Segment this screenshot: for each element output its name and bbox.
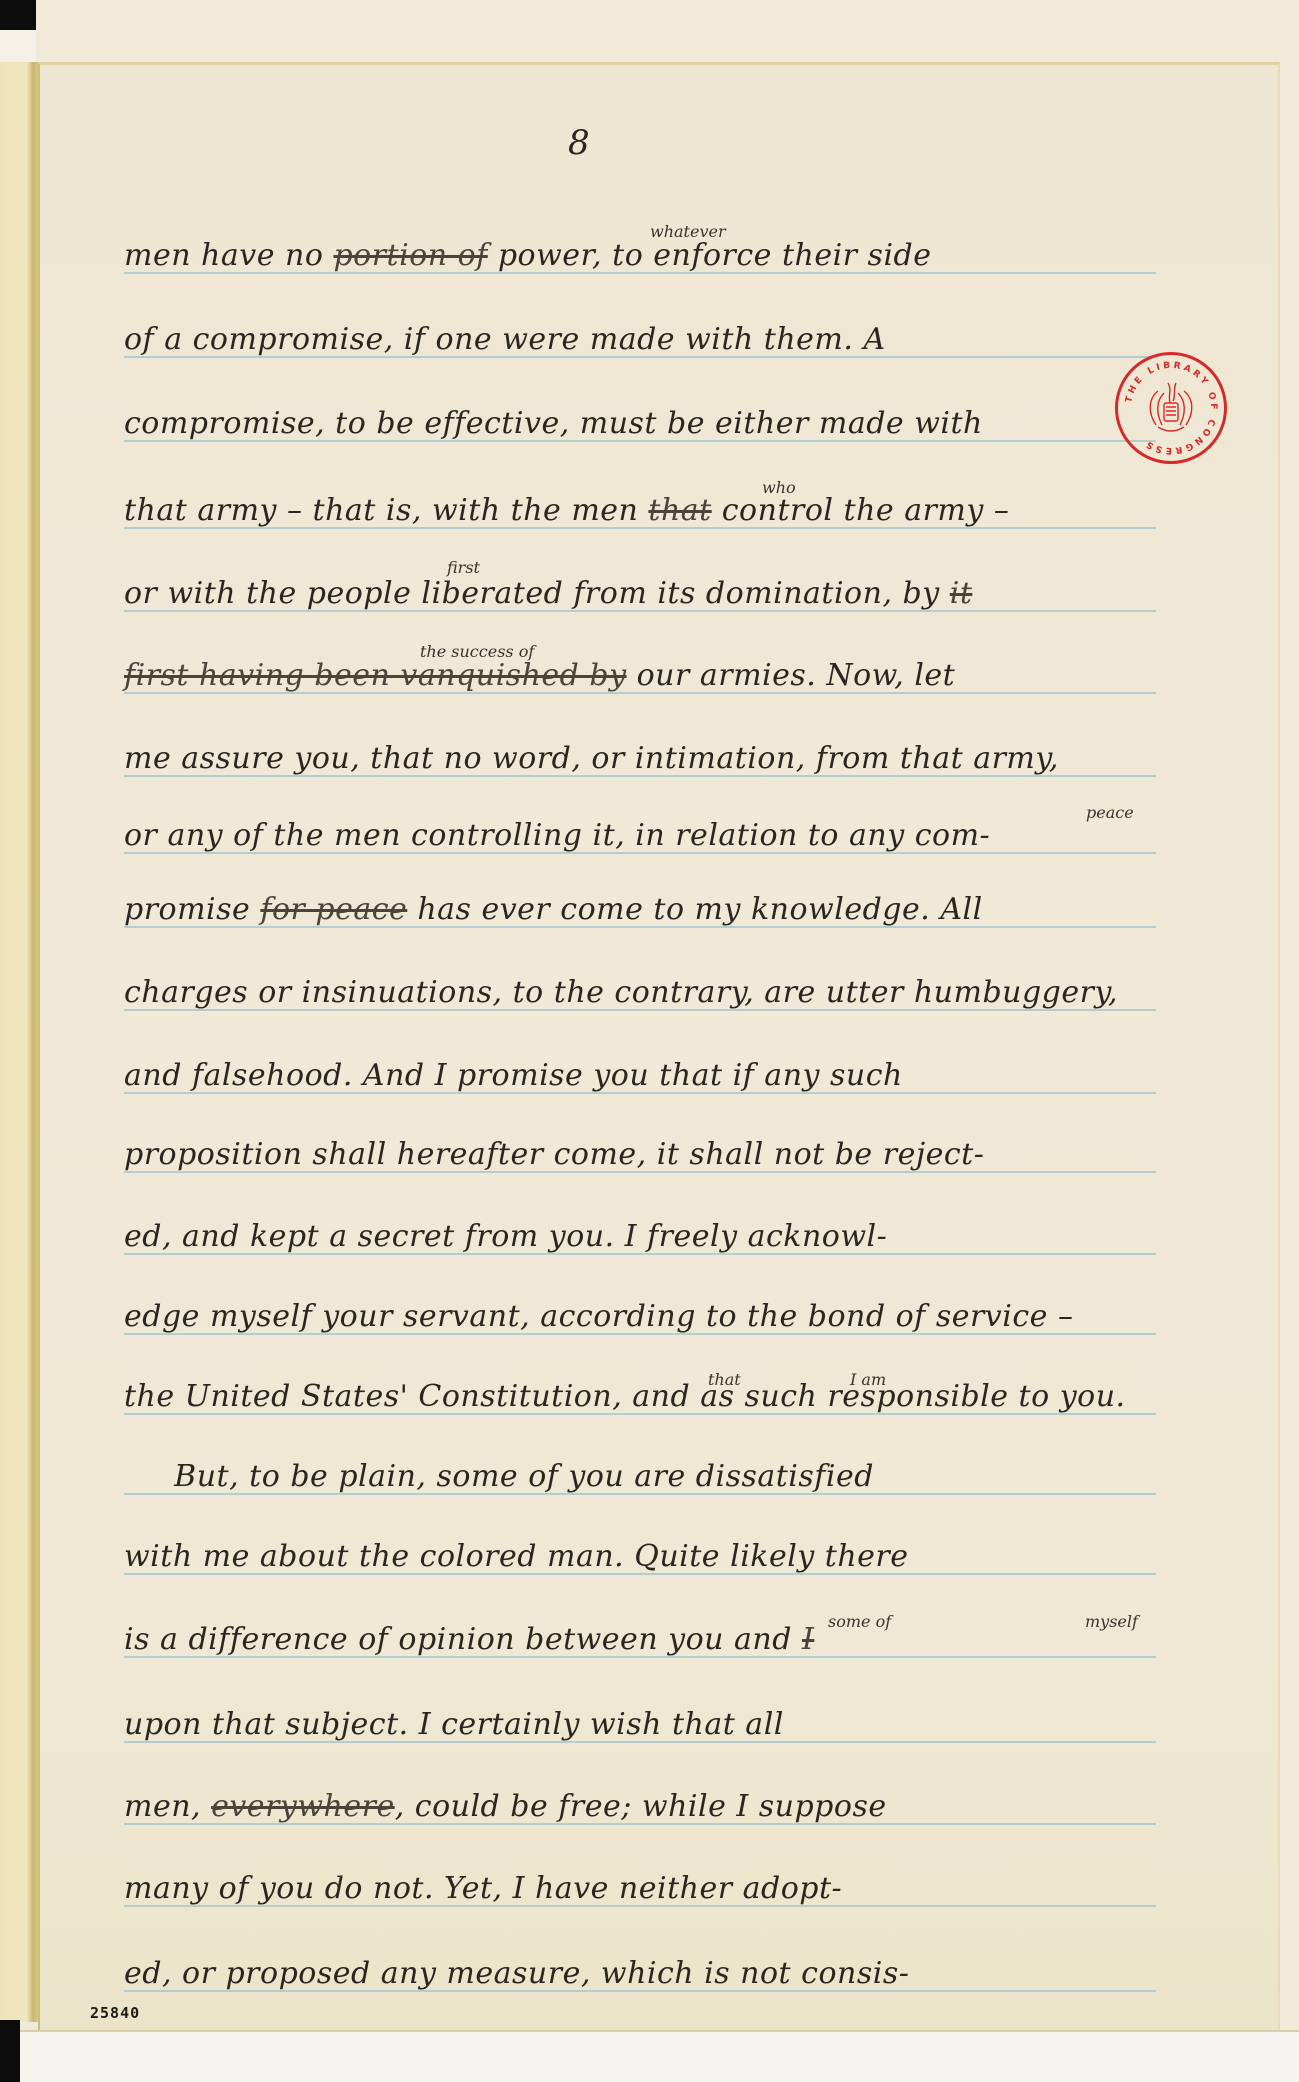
struck-text: it [950,576,973,611]
scan-bottom-margin [20,2030,1299,2082]
page-number: 8 [568,123,590,163]
manuscript-line: of a compromise, if one were made with t… [124,322,1174,357]
stamp-ring-text: THE LIBRARY OF CONGRESS [1118,355,1224,461]
manuscript-line: charges or insinuations, to the contrary… [124,975,1174,1010]
line-segment: our armies. Now, let [627,658,956,693]
manuscript-line: edge myself your servant, according to t… [124,1299,1174,1334]
manuscript-line: that army – that is, with the men that c… [124,493,1174,528]
manuscript-line: the United States' Constitution, and as … [124,1379,1174,1414]
manuscript-line: men, everywhere, could be free; while I … [124,1789,1174,1824]
line-segment: has ever come to my knowledge. All [407,892,982,927]
manuscript-line: first having been vanquished by our armi… [124,658,1174,693]
manuscript-line: ed, and kept a secret from you. I freely… [124,1219,1174,1254]
struck-text: that [648,493,711,528]
struck-text: portion of [333,238,487,273]
manuscript-line: or any of the men controlling it, in rel… [124,818,1174,853]
struck-text: everywhere [211,1789,395,1824]
line-segment: is a difference of opinion between you a… [124,1622,802,1657]
manuscript-page: 8 [38,62,1280,2045]
scan-edge-white [0,30,36,62]
scan-right-margin [1278,0,1299,2082]
manuscript-line: and falsehood. And I promise you that if… [124,1058,1174,1093]
manuscript-line: men have no portion of power, to enforce… [124,238,1174,273]
manuscript-line: compromise, to be effective, must be eit… [124,406,1174,441]
svg-text:THE LIBRARY OF CONGRESS: THE LIBRARY OF CONGRESS [1124,361,1218,455]
struck-text: first having been vanquished by [124,658,627,693]
scan-edge-black [0,2020,20,2082]
line-segment: that army – that is, with the men [124,493,648,528]
manuscript-line: or with the people liberated from its do… [124,576,1174,611]
line-segment: or with the people liberated from its do… [124,576,950,611]
line-segment: men, [124,1789,211,1824]
binding-edge [0,62,38,2022]
accession-number: 25840 [90,2004,140,2022]
line-segment: power, to enforce their side [488,238,932,273]
manuscript-line: proposition shall hereafter come, it sha… [124,1137,1174,1172]
manuscript-line: is a difference of opinion between you a… [124,1622,1174,1657]
library-of-congress-stamp: THE LIBRARY OF CONGRESS [1115,352,1227,464]
manuscript-line: with me about the colored man. Quite lik… [124,1539,1174,1574]
manuscript-line: upon that subject. I certainly wish that… [124,1707,1174,1742]
manuscript-line: ed, or proposed any measure, which is no… [124,1956,1174,1991]
struck-text: I [802,1622,814,1657]
manuscript-line: But, to be plain, some of you are dissat… [124,1459,1174,1494]
insertion-note: first [447,558,480,577]
manuscript-line: many of you do not. Yet, I have neither … [124,1871,1174,1906]
manuscript-line: me assure you, that no word, or intimati… [124,741,1174,776]
line-segment: men have no [124,238,333,273]
struck-text: for peace [260,892,407,927]
eagle-icon [1150,383,1192,431]
manuscript-line: promise for peace has ever come to my kn… [124,892,1174,927]
line-segment: promise [124,892,260,927]
scan-edge-black [0,0,36,30]
line-segment: control the army – [712,493,1010,528]
line-segment: , could be free; while I suppose [395,1789,887,1824]
